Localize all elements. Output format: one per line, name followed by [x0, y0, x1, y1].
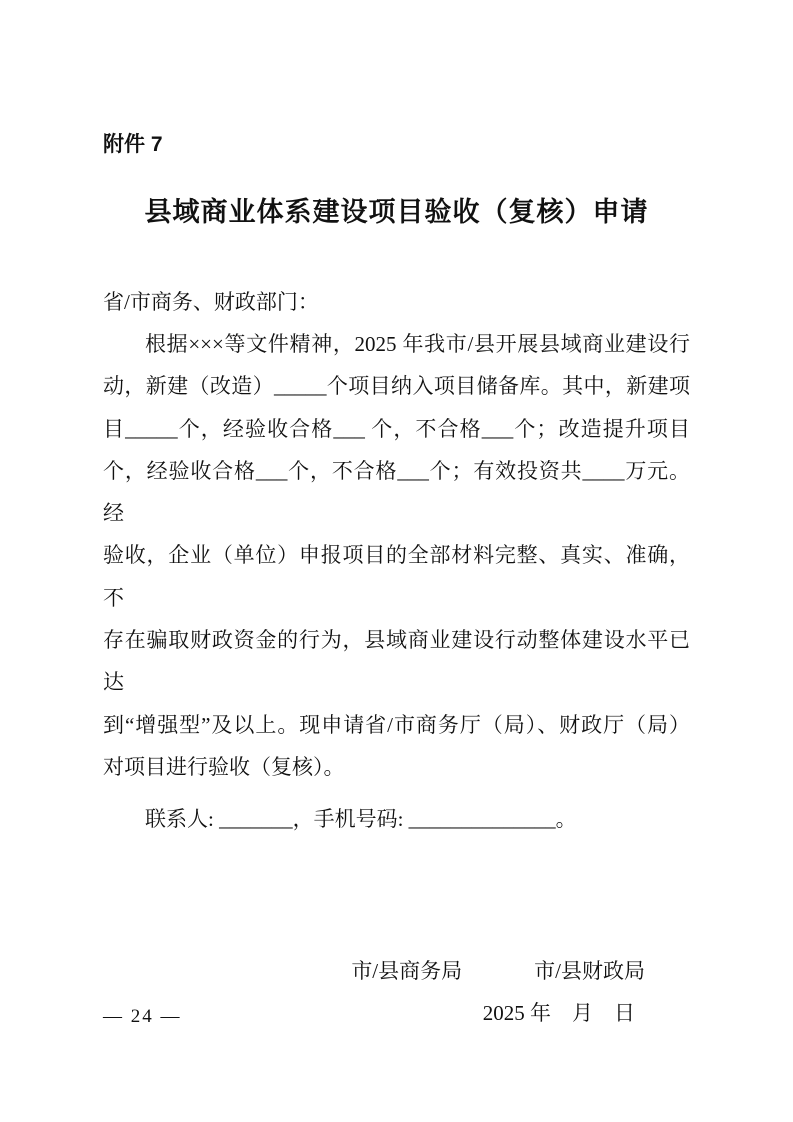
- attachment-label: 附件 7: [103, 0, 690, 158]
- body-line-5: 验收，企业（单位）申报项目的全部材料完整、真实、准确，不: [103, 534, 690, 619]
- contact-line: 联系人: _______，手机号码: ______________。: [103, 798, 690, 840]
- body-line-3: 目_____个，经验收合格___ 个，不合格___个；改造提升项目: [103, 408, 690, 450]
- body-line-7: 到“增强型”及以上。现申请省/市商务厅（局）、财政厅（局）: [103, 704, 690, 746]
- body-line-2: 动，新建（改造）_____个项目纳入项目储备库。其中，新建项: [103, 365, 690, 407]
- body-line-4: 个，经验收合格___个，不合格___个；有效投资共____万元。经: [103, 450, 690, 535]
- page-title: 县域商业体系建设项目验收（复核）申请: [103, 195, 690, 229]
- signature-orgs: 市/县商务局 市/县财政局: [103, 950, 690, 992]
- signature-date: 2025 年 月 日: [103, 992, 690, 1034]
- page-number: — 24 —: [103, 1006, 182, 1028]
- document-page: 附件 7 县域商业体系建设项目验收（复核）申请 省/市商务、财政部门： 根据××…: [0, 0, 793, 1122]
- salutation-line: 省/市商务、财政部门：: [103, 281, 690, 323]
- body-paragraph: 根据×××等文件精神，2025 年我市/县开展县域商业建设行 动，新建（改造）_…: [103, 323, 690, 788]
- body-line-8: 对项目进行验收（复核）。: [103, 746, 690, 788]
- body-line-6: 存在骗取财政资金的行为，县域商业建设行动整体建设水平已达: [103, 619, 690, 704]
- body-line-1: 根据×××等文件精神，2025 年我市/县开展县域商业建设行: [103, 323, 690, 365]
- signature-org-commerce: 市/县商务局: [351, 950, 462, 992]
- signature-org-finance: 市/县财政局: [534, 950, 645, 992]
